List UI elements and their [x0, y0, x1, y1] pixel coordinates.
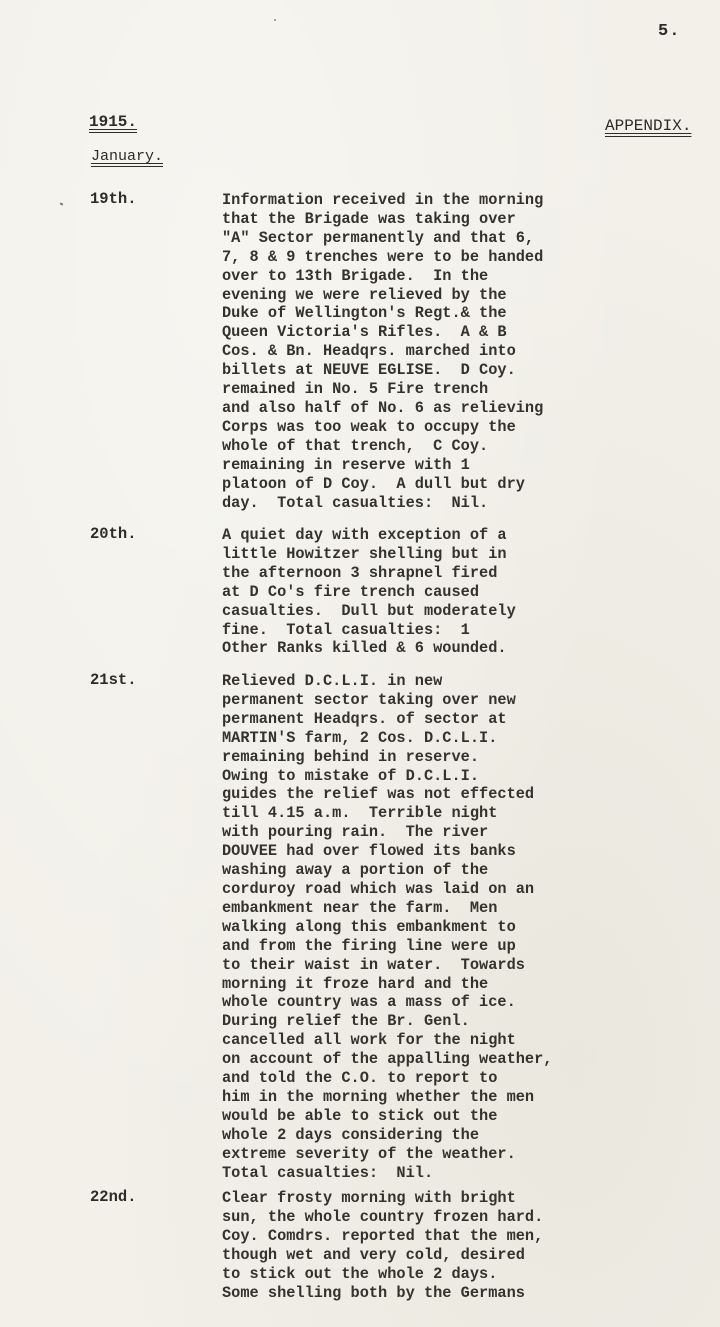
entry-date: 20th.: [90, 525, 137, 543]
typewritten-page: 5. 1915. APPENDIX. January. 19th. Inform…: [0, 0, 720, 1327]
entry-date: 21st.: [90, 671, 137, 689]
margin-mark: [60, 202, 64, 205]
appendix-label: APPENDIX.: [605, 117, 691, 135]
entry-date: 19th.: [90, 190, 137, 208]
entry-text: Information received in the morning that…: [222, 191, 622, 512]
entry-date: 22nd.: [90, 1188, 137, 1206]
paper-speck: [274, 19, 276, 21]
month-heading: January.: [91, 148, 163, 165]
year-heading: 1915.: [89, 113, 137, 131]
entry-text: Clear frosty morning with bright sun, th…: [222, 1189, 622, 1302]
page-number: 5.: [658, 22, 680, 41]
entry-text: Relieved D.C.L.I. in new permanent secto…: [222, 672, 622, 1182]
entry-text: A quiet day with exception of a little H…: [222, 526, 622, 658]
